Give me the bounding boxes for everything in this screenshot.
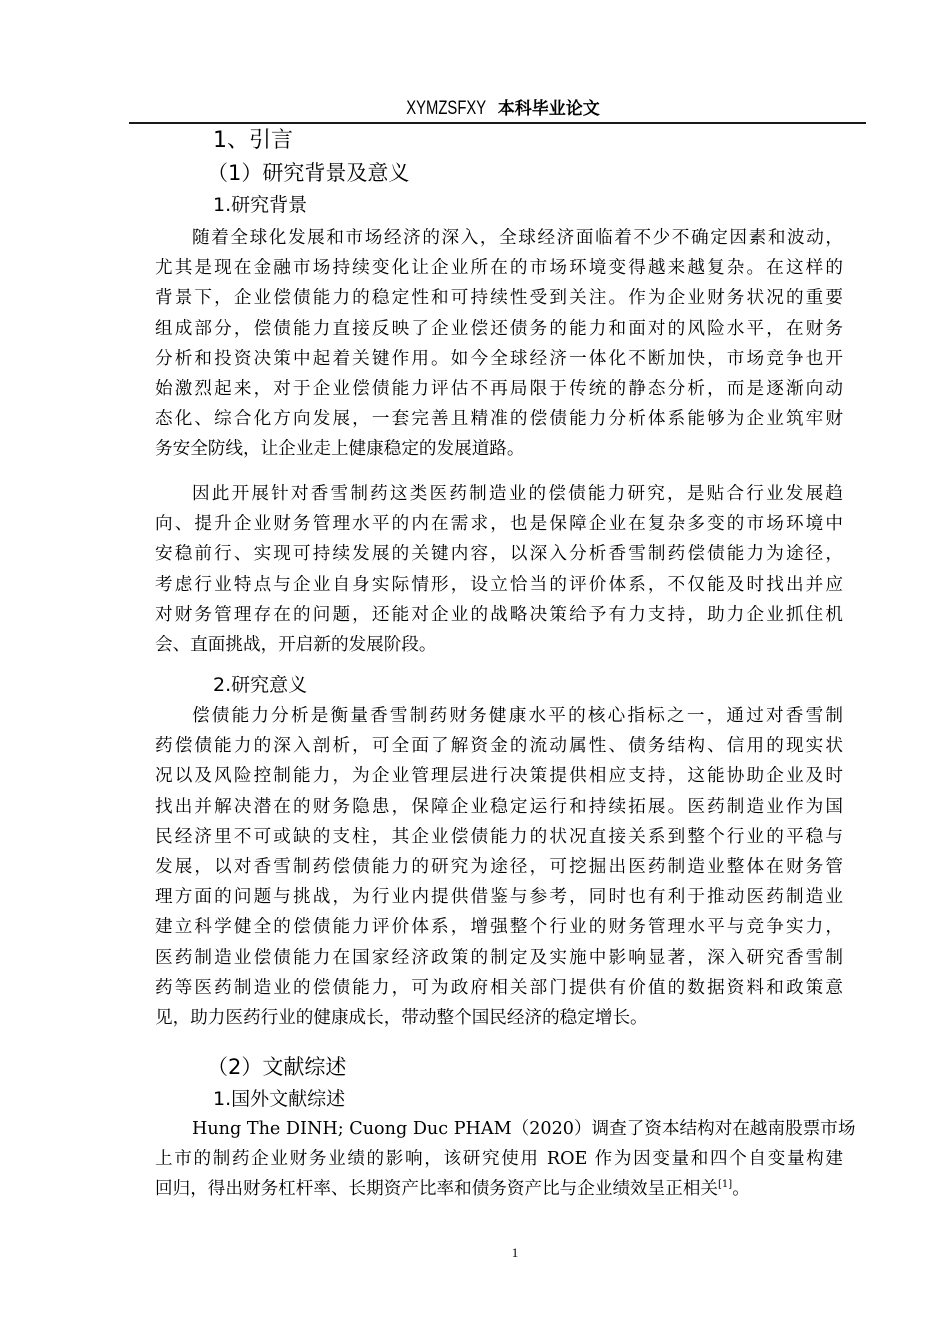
section-heading-background-significance: （1）研究背景及意义 — [207, 159, 409, 187]
subheading-foreign-literature: 1.国外文献综述 — [213, 1086, 345, 1112]
citation-reference[interactable]: [1] — [718, 1180, 732, 1191]
paragraph-background-1: 随着全球化发展和市场经济的深入，全球经济面临着不少不确定因素和波动， 尤其是现在… — [155, 223, 843, 465]
section-heading-literature-review: （2）文献综述 — [207, 1053, 346, 1081]
page-header: XYMZSFXY本科毕业论文 — [129, 96, 866, 123]
section-heading-introduction: 1、引言 — [213, 127, 293, 155]
page-number: 1 — [0, 1245, 950, 1261]
header-title: 本科毕业论文 — [498, 99, 600, 119]
subheading-research-background: 1.研究背景 — [213, 192, 307, 218]
header-divider — [129, 122, 866, 124]
paragraph-foreign-literature: Hung The DINH; Cuong Duc PHAM（2020）调查了资本… — [155, 1114, 843, 1205]
subheading-research-significance: 2.研究意义 — [213, 672, 307, 698]
paragraph-significance: 偿债能力分析是衡量香雪制药财务健康水平的核心指标之一，通过对香雪制 药偿债能力的… — [155, 701, 843, 1033]
paragraph-background-2: 因此开展针对香雪制药这类医药制造业的偿债能力研究，是贴合行业发展趋 向、提升企业… — [155, 479, 843, 660]
header-code: XYMZSFXY — [407, 97, 487, 121]
